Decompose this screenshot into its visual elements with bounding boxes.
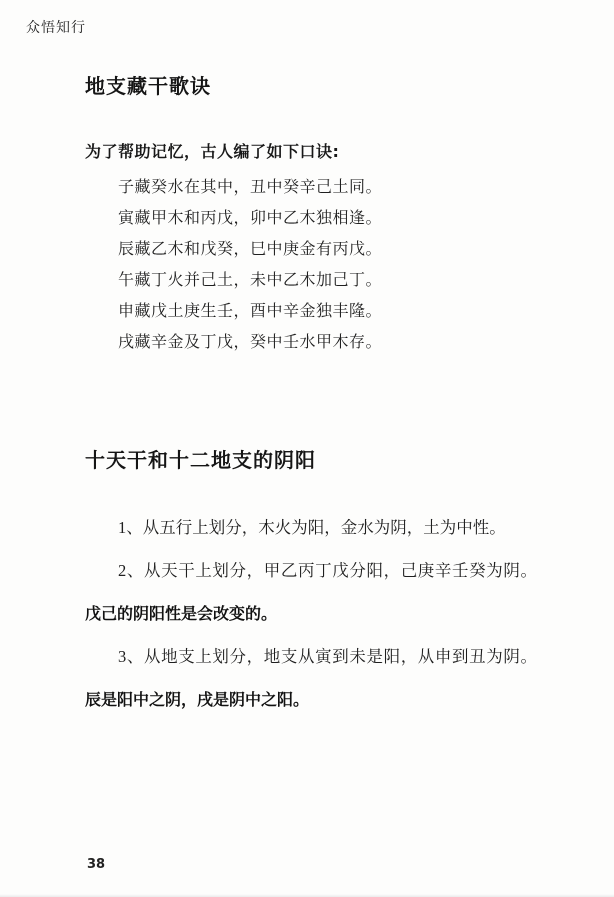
verse-line: 辰藏乙木和戊癸，巳中庚金有丙戊。 bbox=[118, 234, 382, 265]
scanned-book-page: 众悟知行 地支藏干歌诀 为了帮助记忆，古人编了如下口诀: 子藏癸水在其中，丑中癸… bbox=[0, 0, 614, 897]
paragraph-3: 3、从地支上划分，地支从寅到未是阳，从申到丑为阴。辰是阳中之阴，戌是阴中之阳。 bbox=[85, 635, 537, 721]
page-number: 38 bbox=[87, 857, 105, 872]
paragraph-1-text: 1、从五行上划分，木火为阳，金水为阴，土为中性。 bbox=[118, 518, 506, 537]
mnemonic-verse: 子藏癸水在其中，丑中癸辛己土同。 寅藏甲木和丙戊，卯中乙木独相逢。 辰藏乙木和戊… bbox=[118, 172, 382, 358]
paragraph-3-text: 3、从地支上划分，地支从寅到未是阳，从申到丑为阴。 bbox=[118, 647, 537, 666]
verse-line: 寅藏甲木和丙戊，卯中乙木独相逢。 bbox=[118, 203, 382, 234]
section2-paragraphs: 1、从五行上划分，木火为阳，金水为阴，土为中性。 2、从天干上划分，甲乙丙丁戊分… bbox=[85, 506, 537, 721]
section1-intro: 为了帮助记忆，古人编了如下口诀: bbox=[85, 139, 339, 162]
section2-title: 十天干和十二地支的阴阳 bbox=[85, 444, 316, 473]
paragraph-2: 2、从天干上划分，甲乙丙丁戊分阳，己庚辛壬癸为阴。戊己的阴阳性是会改变的。 bbox=[85, 549, 537, 635]
paragraph-1: 1、从五行上划分，木火为阳，金水为阴，土为中性。 bbox=[85, 506, 537, 549]
verse-line: 申藏戊土庚生壬，酉中辛金独丰隆。 bbox=[118, 296, 382, 327]
paragraph-2-text: 2、从天干上划分，甲乙丙丁戊分阳，己庚辛壬癸为阴。 bbox=[118, 561, 537, 580]
paragraph-3-bold-text: 辰是阳中之阴，戌是阴中之阳。 bbox=[85, 690, 309, 709]
verse-line: 午藏丁火并己土，未中乙木加己丁。 bbox=[118, 265, 382, 296]
verse-line: 子藏癸水在其中，丑中癸辛己土同。 bbox=[118, 172, 382, 203]
paragraph-2-bold-text: 戊己的阴阳性是会改变的。 bbox=[85, 604, 277, 623]
verse-line: 戌藏辛金及丁戊，癸中壬水甲木存。 bbox=[118, 327, 382, 358]
section1-title: 地支藏干歌诀 bbox=[85, 70, 211, 99]
running-header: 众悟知行 bbox=[26, 17, 86, 37]
